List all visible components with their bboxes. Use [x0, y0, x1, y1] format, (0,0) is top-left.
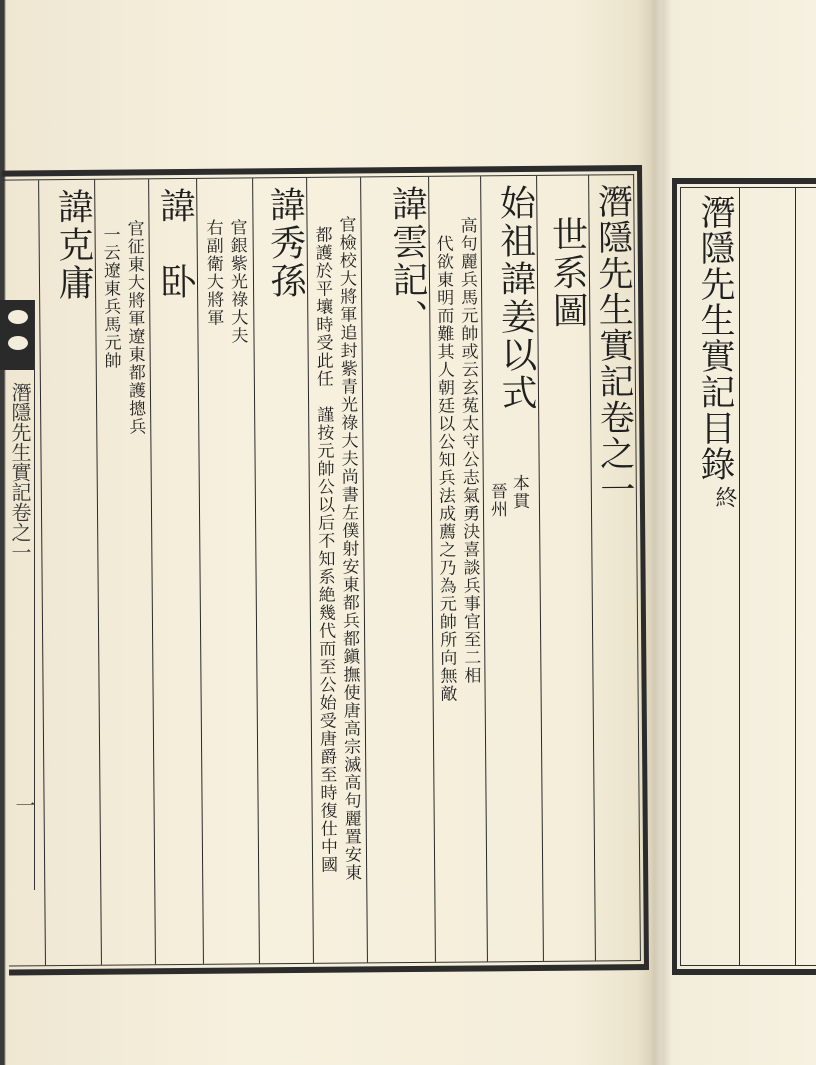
founder-note: 本貫 晉州 [487, 474, 529, 518]
fishtail-dot [8, 336, 28, 350]
body-line: 官銀紫光祿大夫 [226, 218, 252, 955]
wa-body: 官征東大將軍遼東都護摠兵 一云遼東兵馬元帥 [96, 219, 152, 956]
entry-founder: 始祖諱姜以式 [482, 184, 541, 953]
note-line: 晉州 [487, 482, 507, 518]
fishtail-mark [0, 300, 34, 370]
body-line: 官征東大將軍遼東都護摠兵 [123, 219, 149, 956]
ungi-body: 官檢校大將軍追封紫青光祿大夫尚書左僕射安東都兵都鎭撫使唐高宗滅高句麗置安東 都護… [308, 215, 364, 954]
suson-body: 官銀紫光祿大夫 右副衛大將軍 [198, 218, 256, 955]
column-divider [739, 188, 740, 965]
entry-suson: 諱秀孫 [254, 186, 311, 955]
entry-name: 諱雲記、 [386, 185, 433, 954]
fishtail-dot [8, 310, 28, 324]
founder-body: 高句麗兵馬元帥或云玄菟太守公志氣勇決喜談兵事官至二相 代欲東明而難其人朝廷以公知… [430, 216, 484, 953]
entry-wa: 諱 卧 [150, 187, 201, 956]
book-title: 潛隱先生實記卷之一 [590, 183, 641, 952]
section-heading-column: 世系圖 [538, 215, 592, 952]
toc-title: 潛隱先生實記目錄 [693, 194, 737, 482]
right-page-frame: 潛隱先生實記目錄 終 [672, 178, 816, 975]
body-line: 都護於平壤時受此任 謹按元帥公以后不知系絶幾代而至公始受唐爵至時復仕中國 [312, 226, 338, 955]
entry-name: 諱克庸 [52, 188, 99, 957]
column-divider [795, 188, 796, 965]
entry-geukyong: 諱克庸 [40, 188, 99, 957]
left-page-inner-border: 潛隱先生實記卷之一 世系圖 始祖諱姜以式 本貫 晉州 高句麗兵馬元帥或云玄菟太守… [2, 174, 641, 966]
toc-end-mark: 終 [714, 486, 734, 509]
entry-name: 始祖諱姜以式 [494, 184, 536, 412]
spine-page-number: 一 [10, 795, 39, 815]
right-page-inner-border: 潛隱先生實記目錄 終 [680, 187, 816, 966]
page-spine-margin: 潛隱先生實記卷之一 一 [0, 300, 35, 890]
toc-title-column: 潛隱先生實記目錄 終 [685, 194, 737, 957]
note-line: 本貫 [509, 474, 529, 518]
entry-name: 諱 卧 [154, 187, 201, 956]
book-title-column: 潛隱先生實記卷之一 [590, 183, 641, 952]
book-gutter-shadow [650, 0, 672, 1065]
spine-title: 潛隱先生實記卷之一 [6, 382, 35, 562]
entry-name: 諱秀孫 [264, 186, 311, 955]
body-line: 官檢校大將軍追封紫青光祿大夫尚書左僕射安東都兵都鎭撫使唐高宗滅高句麗置安東 [335, 216, 361, 955]
left-page-frame: 潛隱先生實記卷之一 世系圖 始祖諱姜以式 本貫 晉州 高句麗兵馬元帥或云玄菟太守… [2, 165, 649, 976]
entry-ungi: 諱雲記、 [362, 185, 433, 955]
body-line: 右副衛大將軍 [202, 219, 228, 956]
body-line: 一云遼東兵馬元帥 [100, 226, 126, 957]
body-line: 高句麗兵馬元帥或云玄菟太守公志氣勇決喜談兵事官至二相 [456, 216, 482, 953]
body-line: 代欲東明而難其人朝廷以公知兵法成薦之乃為元帥所向無敵 [433, 235, 459, 954]
section-heading: 世系圖 [546, 215, 592, 952]
